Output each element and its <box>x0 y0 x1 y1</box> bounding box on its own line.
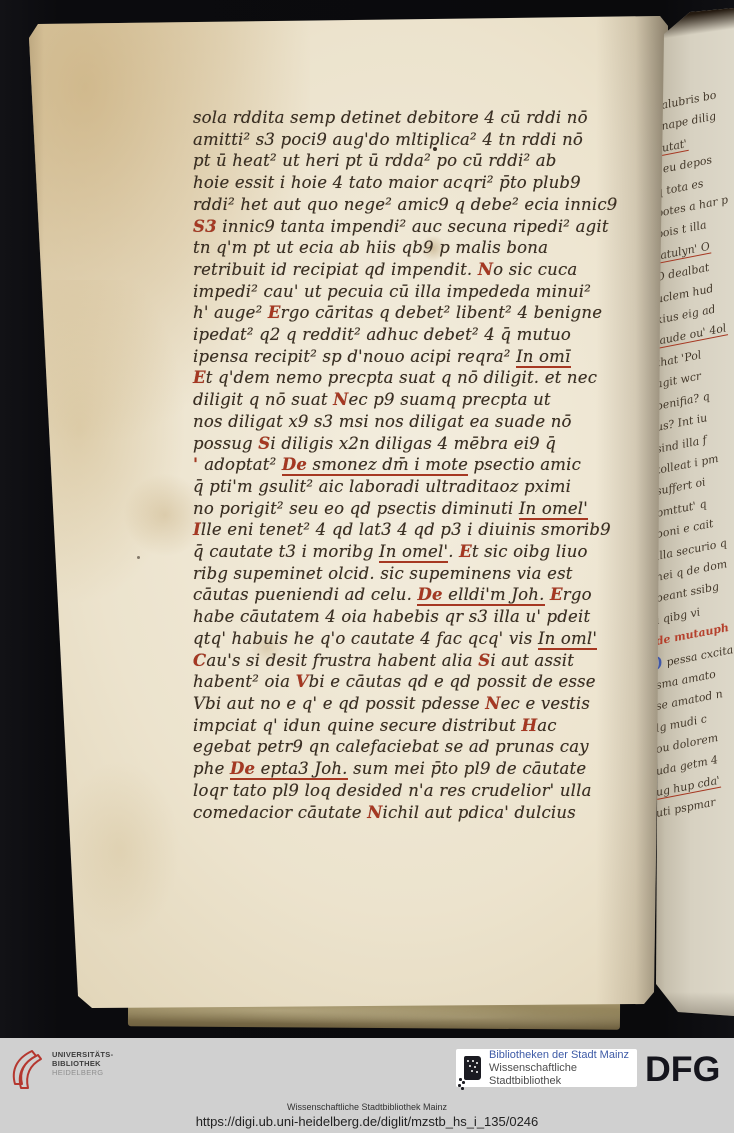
manuscript-line: habent² oia Vbi e cāutas qd e qd possit … <box>193 671 638 693</box>
manuscript-line: q̄ cautate t3 i moribg In omel'. Et sic … <box>193 541 638 563</box>
manuscript-line: cāutas pueniendi ad celu. De elldi'm Joh… <box>193 584 638 606</box>
manuscript-line: hoie essit i hoie 4 tato maior acqri² p̄… <box>193 172 638 194</box>
manuscript-line: S3 innic9 tanta impendi² auc secuna ripe… <box>193 216 638 238</box>
photo-background: sola rddita semp detinet debitore 4 cū r… <box>0 0 734 1038</box>
dfg-logo: DFG <box>645 1050 720 1090</box>
parchment-stain <box>60 760 180 940</box>
manuscript-line: sola rddita semp detinet debitore 4 cū r… <box>193 107 638 129</box>
manuscript-line: habe cāutatem 4 oia habebis qr s3 illa u… <box>193 606 638 628</box>
ub-heidelberg-book-icon <box>8 1046 44 1094</box>
manuscript-line: ribg supeminet olcid. sic supeminens via… <box>193 563 638 585</box>
manuscript-line: amitti² s3 poci9 aug'do mltiplica² 4 tn … <box>193 129 638 151</box>
manuscript-line: comedacior cāutate Nichil aut pdica' dul… <box>193 802 638 824</box>
manuscript-line: retribuit id recipiat qd impendit. No si… <box>193 259 638 281</box>
manuscript-line: ipensa recipit² sp d'nouo acipi reqra² I… <box>193 346 638 368</box>
manuscript-line: Vbi aut no e q' e qd possit pdesse Nec e… <box>193 693 638 715</box>
manuscript-line: loqr tato pl9 loq desided n'a res crudel… <box>193 780 638 802</box>
manuscript-line: qtq' habuis he q'o cautate 4 fac qcq' vi… <box>193 628 638 650</box>
manuscript-line: egebat petr9 qn calefaciebat se ad pruna… <box>193 736 638 758</box>
mainz-library-logo: Bibliotheken der Stadt Mainz Wissenschaf… <box>456 1049 637 1087</box>
ub-heidelberg-logo: UNIVERSITÄTS- BIBLIOTHEK HEIDELBERG <box>8 1046 113 1094</box>
manuscript-line: rddi² het aut quo nege² amic9 q debe² ec… <box>193 194 638 216</box>
digitized-manuscript-screenshot: sola rddita semp detinet debitore 4 cū r… <box>0 0 734 1133</box>
page-left-shading <box>28 20 44 1010</box>
manuscript-line: possug Si diligis x2n diligas 4 mēbra ei… <box>193 433 638 455</box>
manuscript-line: phe De epta3 Joh. sum mei p̄to pl9 de cā… <box>193 758 638 780</box>
manuscript-line: no porigit² seu eo qd psectis diminuti I… <box>193 498 638 520</box>
parchment-stain <box>20 280 190 610</box>
manuscript-line: impedi² cau' ut pecuia cū illa impededa … <box>193 281 638 303</box>
manuscript-line: diligit q nō suat Nec p9 suamq precpta u… <box>193 389 638 411</box>
manuscript-line: h' auge² Ergo cāritas q debet² libent² 4… <box>193 302 638 324</box>
manuscript-line: impciat q' idun quine secure distribut H… <box>193 715 638 737</box>
manuscript-line: ' adoptat² De smonez dm̄ i mote psectio … <box>193 454 638 476</box>
manuscript-line: ipedat² q2 q reddit² adhuc debet² 4 q̄ m… <box>193 324 638 346</box>
branding-footer: UNIVERSITÄTS- BIBLIOTHEK HEIDELBERG Bibl… <box>0 1038 734 1133</box>
manuscript-line: Ille eni tenet² 4 qd lat3 4 qd p3 i diui… <box>193 519 638 541</box>
manuscript-line: nos diligat x9 s3 msi nos diligat ea sua… <box>193 411 638 433</box>
manuscript-line: q̄ pti'm gsulit² aic laboradi ultraditao… <box>193 476 638 498</box>
manuscript-line: Et q'dem nemo precpta suat q nō diligit.… <box>193 367 638 389</box>
manuscript-line: tn q'm pt ut ecia ab hiis qb9 p malis bo… <box>193 237 638 259</box>
mainz-label-line2: Wissenschaftliche Stadtbibliothek <box>489 1062 637 1088</box>
manuscript-line: pt ū heat² ut heri pt ū rdda² po cū rddi… <box>193 150 638 172</box>
mainz-label-line1: Bibliotheken der Stadt Mainz <box>489 1049 637 1062</box>
ub-heidelberg-label-line1: UNIVERSITÄTS- <box>52 1050 113 1059</box>
source-url: https://digi.ub.uni-heidelberg.de/diglit… <box>0 1114 734 1129</box>
ub-heidelberg-label-line2: BIBLIOTHEK <box>52 1059 113 1068</box>
mainz-book-icon <box>464 1056 481 1080</box>
ub-heidelberg-label-line3: HEIDELBERG <box>52 1068 113 1077</box>
manuscript-page: sola rddita semp detinet debitore 4 cū r… <box>0 0 734 1038</box>
manuscript-text-block: sola rddita semp detinet debitore 4 cū r… <box>193 107 638 823</box>
facing-page-text: salubris bosnape diligcutat'deu deposq t… <box>656 96 734 825</box>
ink-spot <box>137 556 140 559</box>
library-caption: Wissenschaftliche Stadtbibliothek Mainz <box>0 1102 734 1112</box>
manuscript-line: Cau's si desit frustra habent alia Si au… <box>193 650 638 672</box>
